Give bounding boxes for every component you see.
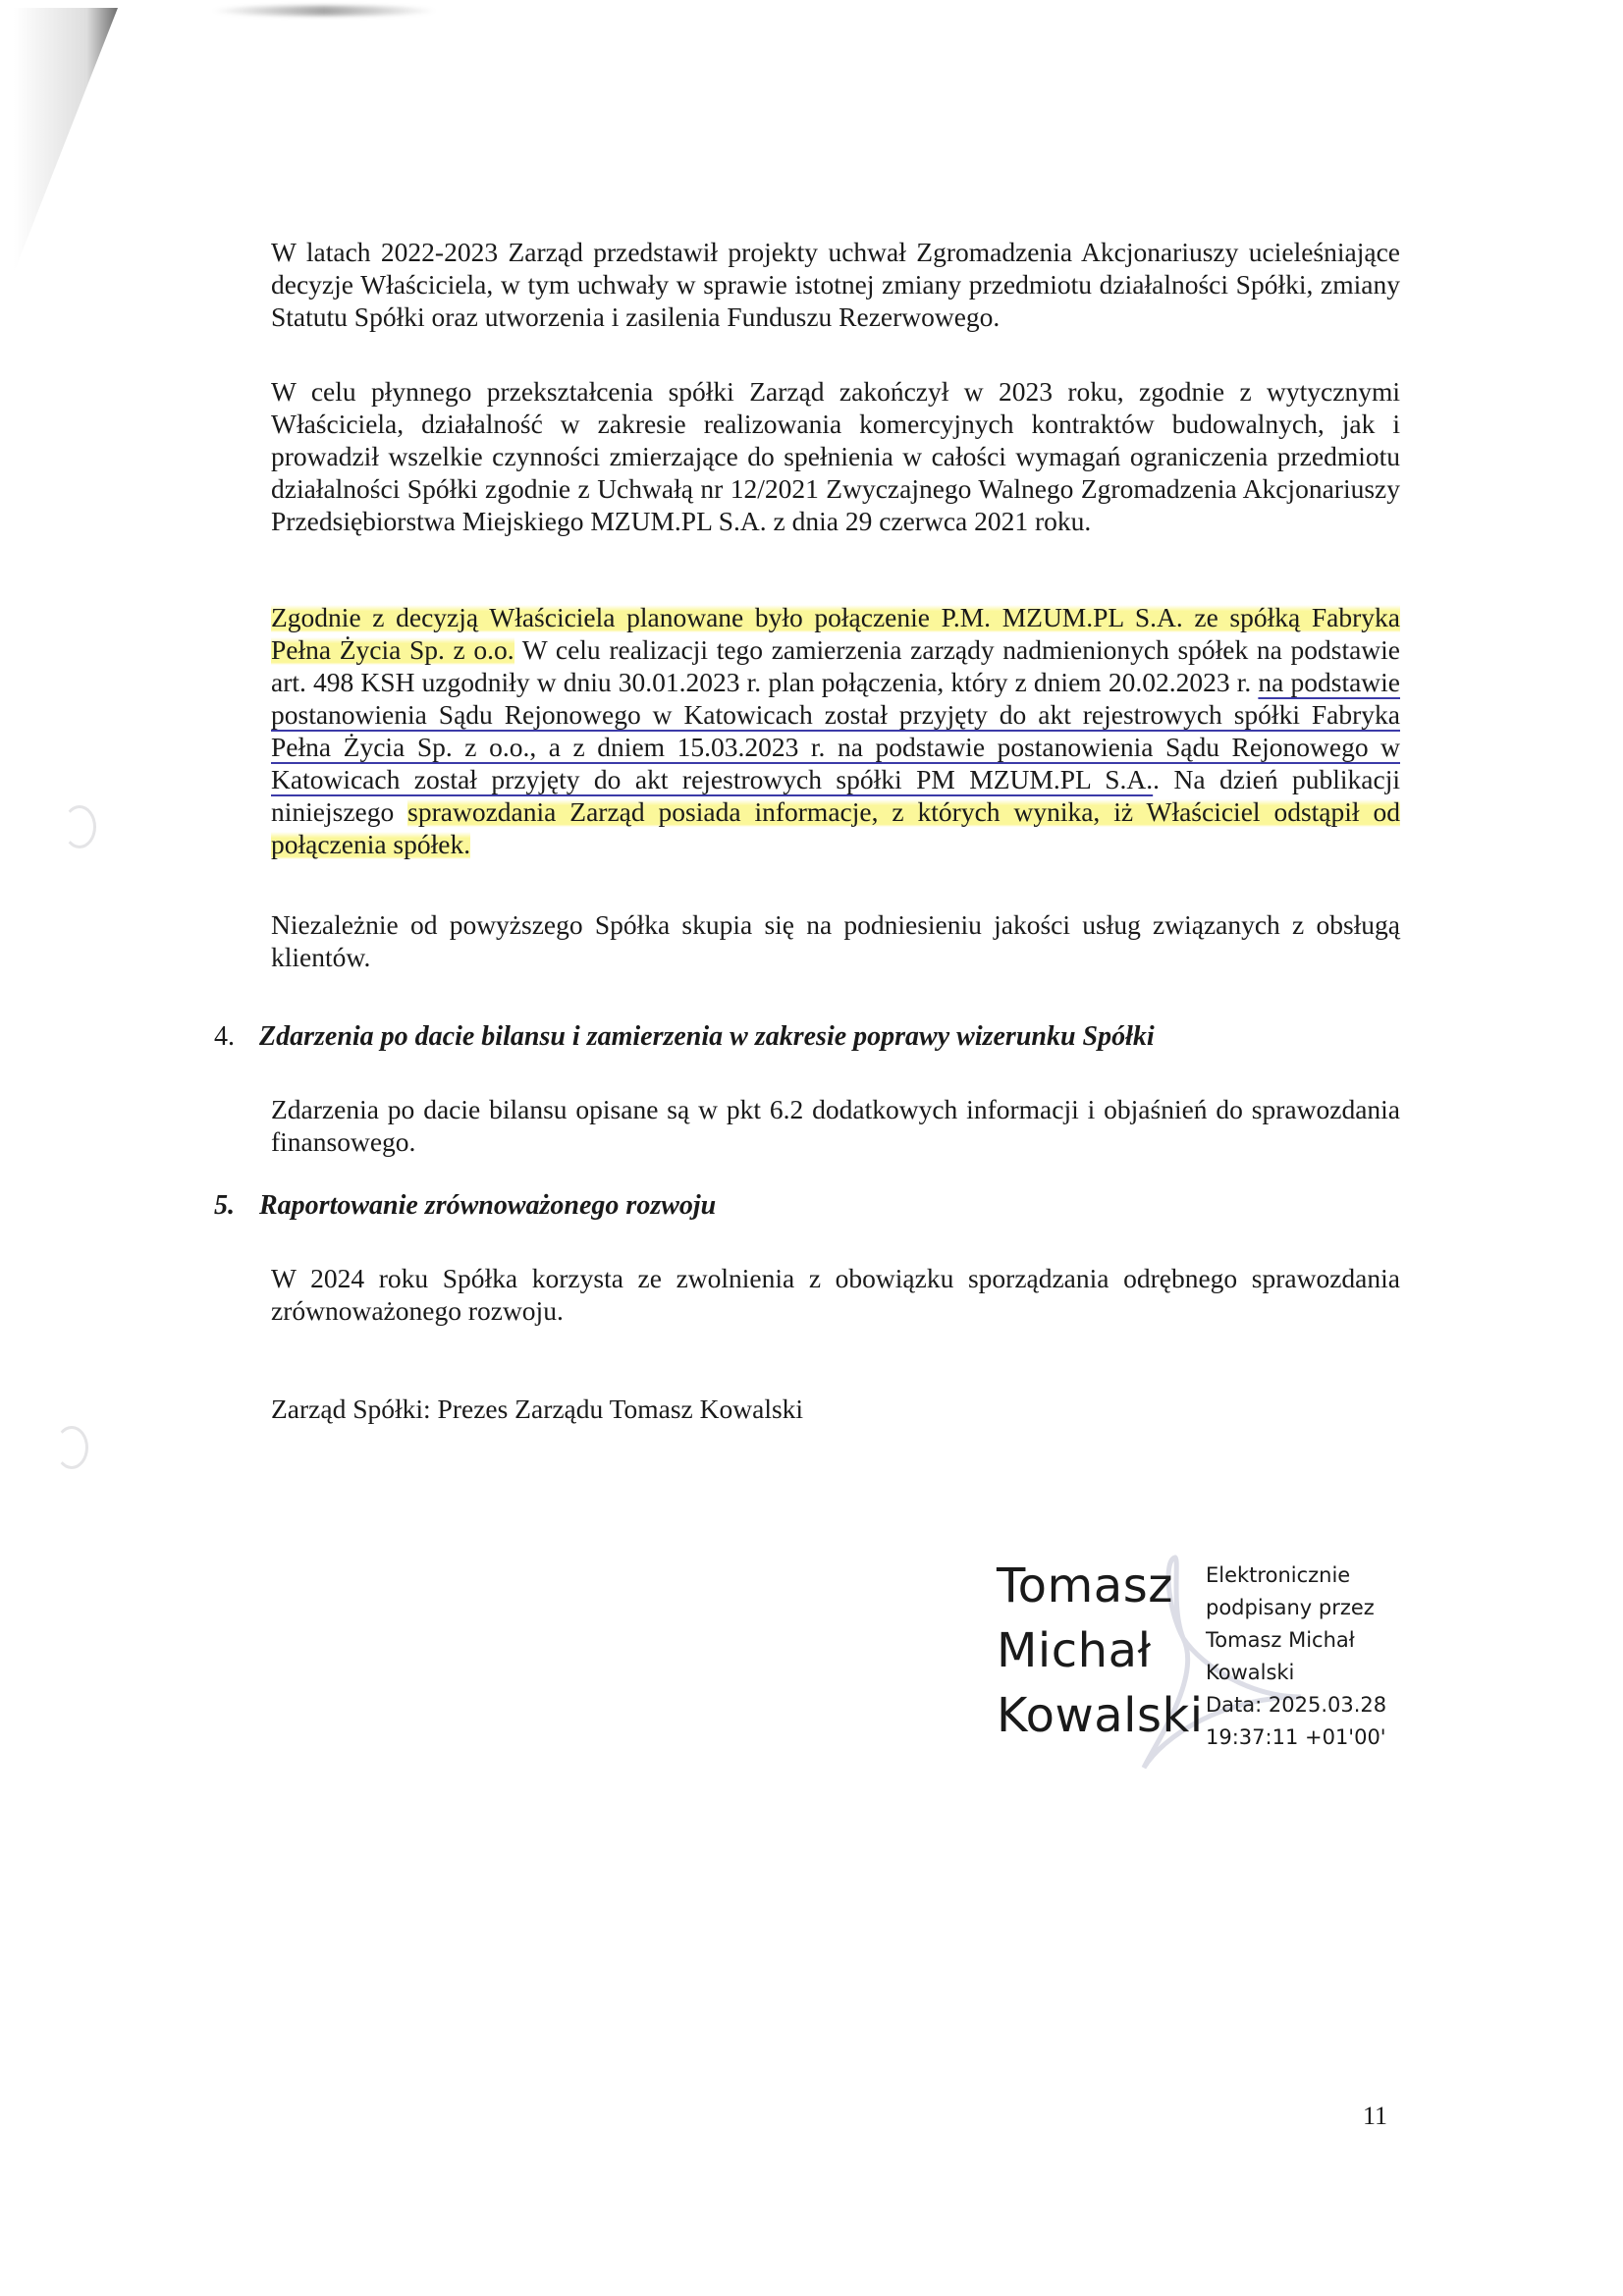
section-title: Zdarzenia po dacie bilansu i zamierzenia…	[259, 1021, 1155, 1052]
paragraph-quality: Niezależnie od powyższego Spółka skupia …	[271, 908, 1400, 973]
section-5-body: W 2024 roku Spółka korzysta ze zwolnieni…	[271, 1262, 1400, 1327]
sig-info-line: Elektronicznie	[1206, 1559, 1386, 1592]
signer-name: Tomasz Michał Kowalski	[997, 1554, 1204, 1748]
sig-info-line: Kowalski	[1206, 1657, 1386, 1689]
paragraph-merger: Zgodnie z decyzją Właściciela planowane …	[271, 601, 1400, 860]
scan-shadow-top	[211, 6, 437, 16]
punch-hole	[63, 805, 96, 848]
section-number: 5.	[214, 1190, 259, 1222]
board-signature-line: Zarząd Spółki: Prezes Zarządu Tomasz Kow…	[271, 1393, 1400, 1425]
document-page: W latach 2022-2023 Zarząd przedstawił pr…	[0, 0, 1623, 2296]
highlighted-text: sprawozdania Zarząd posiada informacje, …	[271, 796, 1400, 859]
section-heading-4: 4.Zdarzenia po dacie bilansu i zamierzen…	[214, 1021, 1155, 1053]
signer-first-name: Tomasz	[997, 1554, 1204, 1618]
signature-details: Elektronicznie podpisany przez Tomasz Mi…	[1206, 1559, 1386, 1754]
paragraph-resolutions: W latach 2022-2023 Zarząd przedstawił pr…	[271, 236, 1400, 333]
paragraph-transformation: W celu płynnego przekształcenia spółki Z…	[271, 375, 1400, 537]
section-number: 4.	[214, 1021, 259, 1053]
sig-time: 19:37:11 +01'00'	[1206, 1722, 1386, 1754]
punch-hole	[55, 1426, 88, 1469]
sig-date: Data: 2025.03.28	[1206, 1689, 1386, 1722]
signer-middle-name: Michał	[997, 1618, 1204, 1683]
electronic-signature: Tomasz Michał Kowalski Elektronicznie po…	[997, 1540, 1409, 1776]
sig-info-line: podpisany przez	[1206, 1592, 1386, 1624]
sig-info-line: Tomasz Michał	[1206, 1624, 1386, 1657]
section-title: Raportowanie zrównoważonego rozwoju	[259, 1190, 716, 1221]
section-4-body: Zdarzenia po dacie bilansu opisane są w …	[271, 1093, 1400, 1158]
section-heading-5: 5.Raportowanie zrównoważonego rozwoju	[214, 1190, 716, 1222]
signer-last-name: Kowalski	[997, 1683, 1204, 1748]
page-number: 11	[1363, 2102, 1387, 2131]
scan-shadow-edge	[12, 6, 120, 276]
